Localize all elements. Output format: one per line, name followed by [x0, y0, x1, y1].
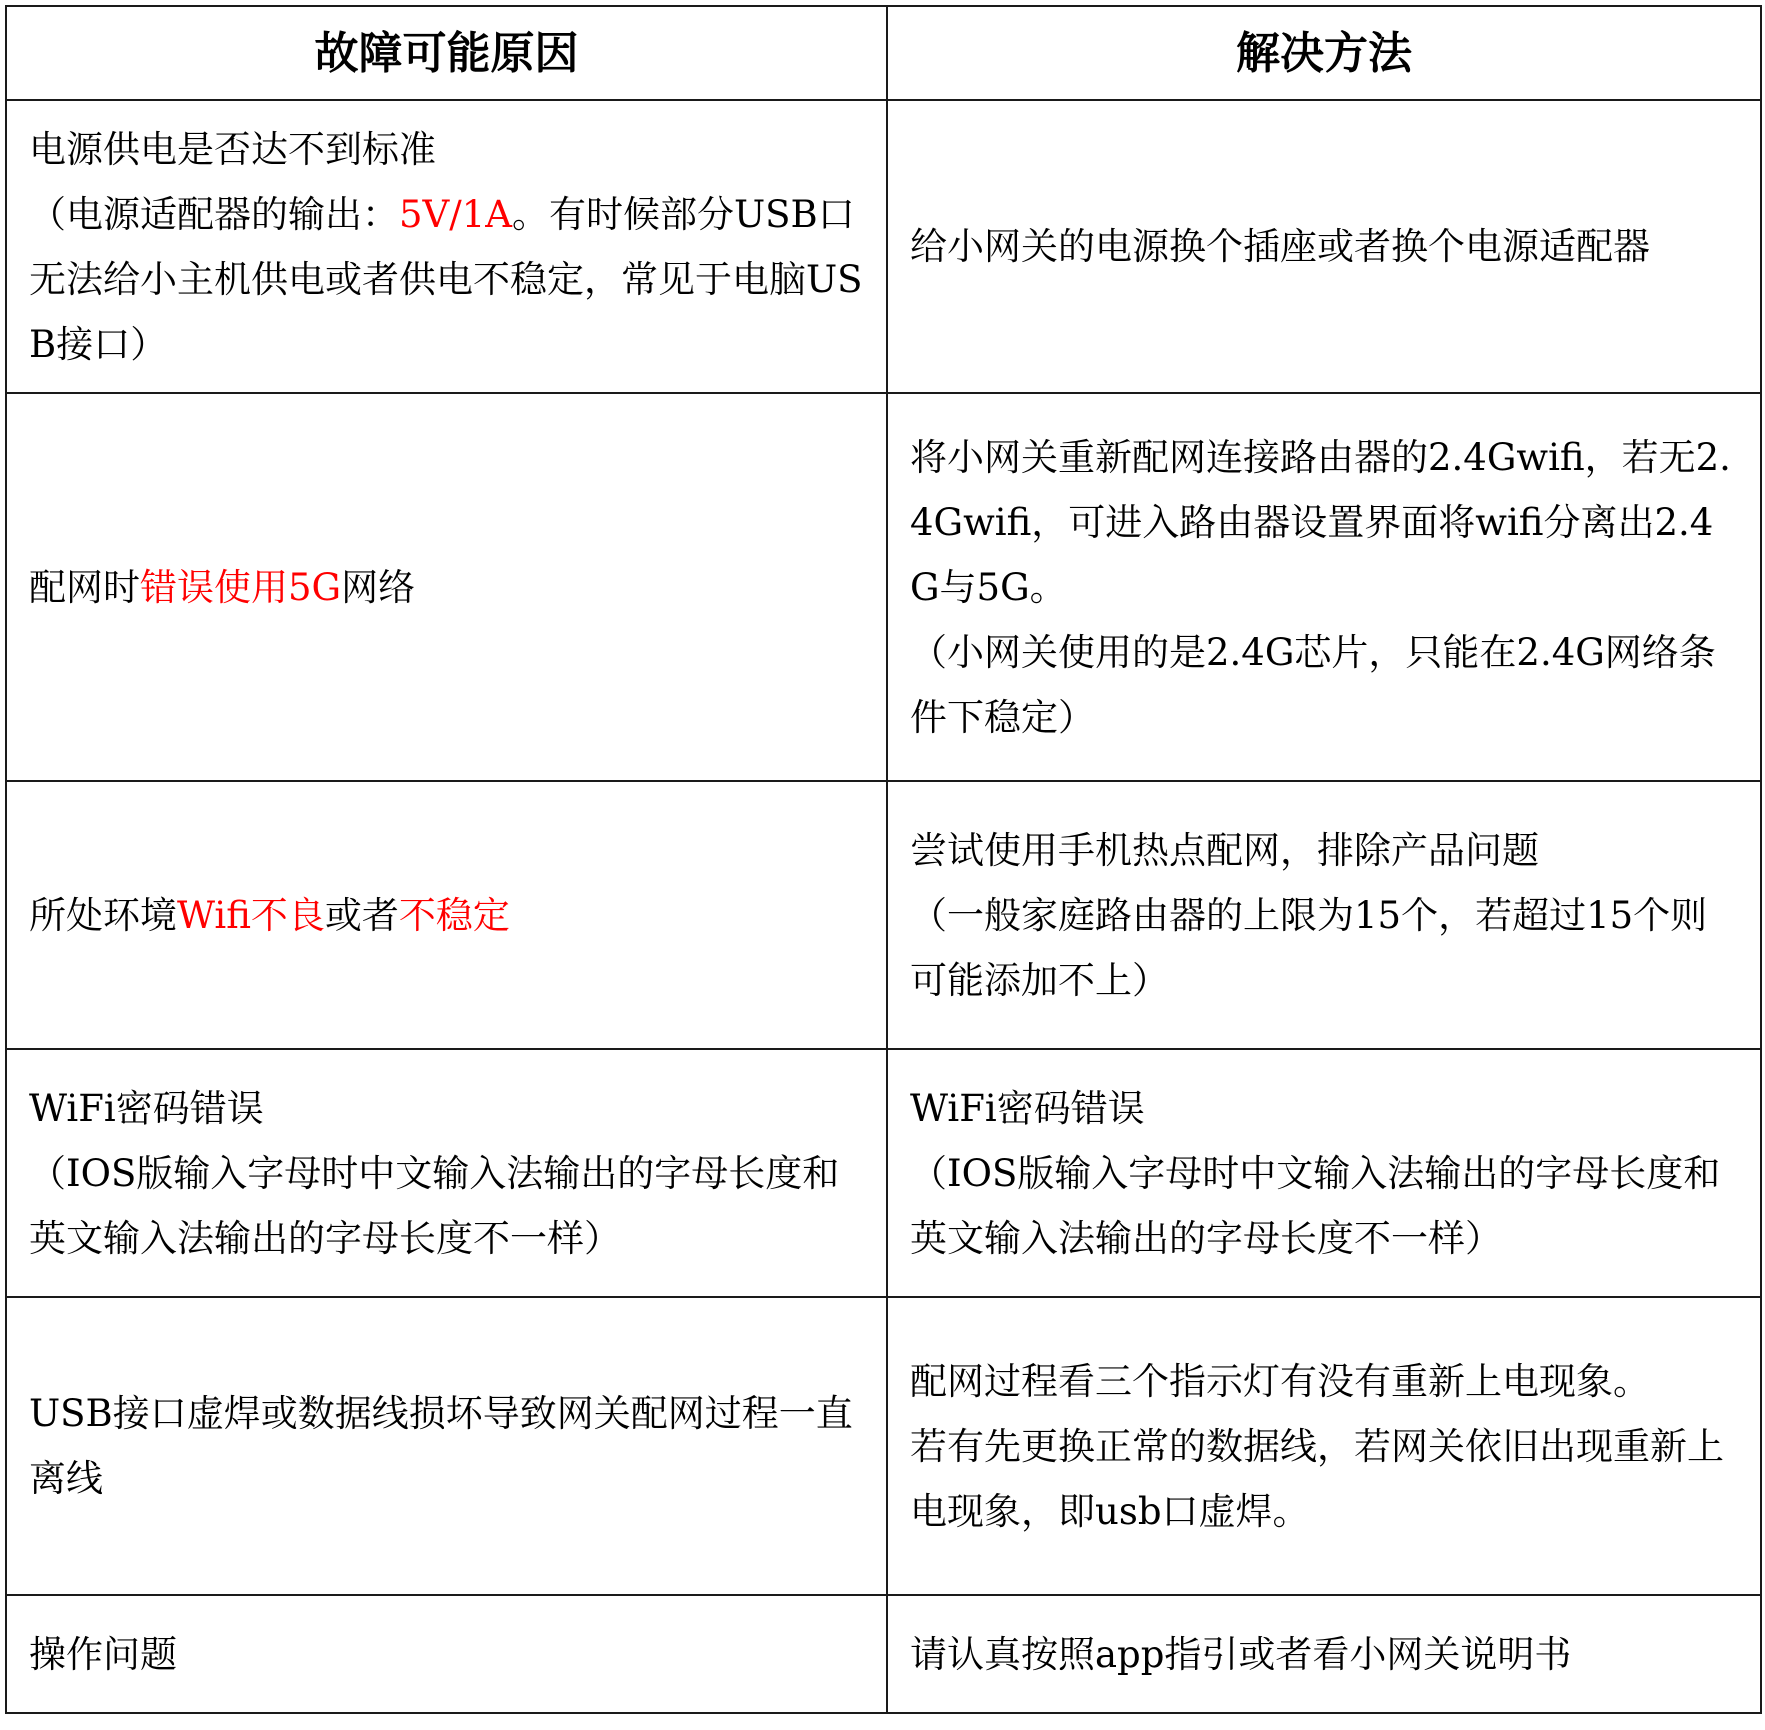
- cause-line: WiFi密码错误: [29, 1076, 864, 1141]
- cause-cell: WiFi密码错误 （IOS版输入字母时中文输入法输出的字母长度和英文输入法输出的…: [6, 1049, 887, 1297]
- cause-line: （IOS版输入字母时中文输入法输出的字母长度和英文输入法输出的字母长度不一样）: [29, 1141, 864, 1271]
- cause-line: 电源供电是否达不到标准: [29, 117, 864, 182]
- solution-line: （小网关使用的是2.4G芯片，只能在2.4G网络条件下稳定）: [910, 620, 1738, 750]
- solution-line: 尝试使用手机热点配网，排除产品问题: [910, 818, 1738, 883]
- solution-line: 将小网关重新配网连接路由器的2.4Gwifi，若无2.4Gwifi，可进入路由器…: [910, 425, 1738, 620]
- solution-cell: 配网过程看三个指示灯有没有重新上电现象。 若有先更换正常的数据线，若网关依旧出现…: [887, 1297, 1761, 1595]
- solution-line: 若有先更换正常的数据线，若网关依旧出现重新上电现象，即usb口虚焊。: [910, 1414, 1738, 1544]
- solution-cell: 请认真按照app指引或者看小网关说明书: [887, 1595, 1761, 1713]
- cause-cell: 配网时错误使用5G网络: [6, 393, 887, 781]
- solution-cell: WiFi密码错误 （IOS版输入字母时中文输入法输出的字母长度和英文输入法输出的…: [887, 1049, 1761, 1297]
- solution-cell: 尝试使用手机热点配网，排除产品问题 （一般家庭路由器的上限为15个，若超过15个…: [887, 781, 1761, 1049]
- highlight-text: 5V/1A: [399, 193, 512, 236]
- troubleshooting-table: 故障可能原因 解决方法 电源供电是否达不到标准 （电源适配器的输出：5V/1A。…: [5, 5, 1762, 1714]
- cause-text: （电源适配器的输出：: [29, 193, 399, 236]
- table-row: 电源供电是否达不到标准 （电源适配器的输出：5V/1A。有时候部分USB口无法给…: [6, 100, 1761, 393]
- cause-text: 网络: [341, 566, 415, 609]
- header-cause: 故障可能原因: [6, 6, 887, 100]
- solution-line: （IOS版输入字母时中文输入法输出的字母长度和英文输入法输出的字母长度不一样）: [910, 1141, 1738, 1271]
- table-row: WiFi密码错误 （IOS版输入字母时中文输入法输出的字母长度和英文输入法输出的…: [6, 1049, 1761, 1297]
- cause-text: 所处环境: [29, 894, 177, 937]
- table-row: 配网时错误使用5G网络 将小网关重新配网连接路由器的2.4Gwifi，若无2.4…: [6, 393, 1761, 781]
- table-row: 所处环境Wifi不良或者不稳定 尝试使用手机热点配网，排除产品问题 （一般家庭路…: [6, 781, 1761, 1049]
- cause-cell: 操作问题: [6, 1595, 887, 1713]
- solution-line: WiFi密码错误: [910, 1076, 1738, 1141]
- cause-cell: 电源供电是否达不到标准 （电源适配器的输出：5V/1A。有时候部分USB口无法给…: [6, 100, 887, 393]
- solution-line: 配网过程看三个指示灯有没有重新上电现象。: [910, 1349, 1738, 1414]
- cause-text: 或者: [325, 894, 399, 937]
- solution-line: （一般家庭路由器的上限为15个，若超过15个则可能添加不上）: [910, 883, 1738, 1013]
- highlight-text: 错误使用5G: [140, 566, 341, 609]
- header-row: 故障可能原因 解决方法: [6, 6, 1761, 100]
- highlight-text: Wifi不良: [177, 894, 325, 937]
- solution-cell: 将小网关重新配网连接路由器的2.4Gwifi，若无2.4Gwifi，可进入路由器…: [887, 393, 1761, 781]
- table-row: 操作问题 请认真按照app指引或者看小网关说明书: [6, 1595, 1761, 1713]
- highlight-text: 不稳定: [399, 894, 510, 937]
- cause-cell: USB接口虚焊或数据线损坏导致网关配网过程一直离线: [6, 1297, 887, 1595]
- cause-cell: 所处环境Wifi不良或者不稳定: [6, 781, 887, 1049]
- solution-cell: 给小网关的电源换个插座或者换个电源适配器: [887, 100, 1761, 393]
- header-solution: 解决方法: [887, 6, 1761, 100]
- cause-text: 配网时: [29, 566, 140, 609]
- table-row: USB接口虚焊或数据线损坏导致网关配网过程一直离线 配网过程看三个指示灯有没有重…: [6, 1297, 1761, 1595]
